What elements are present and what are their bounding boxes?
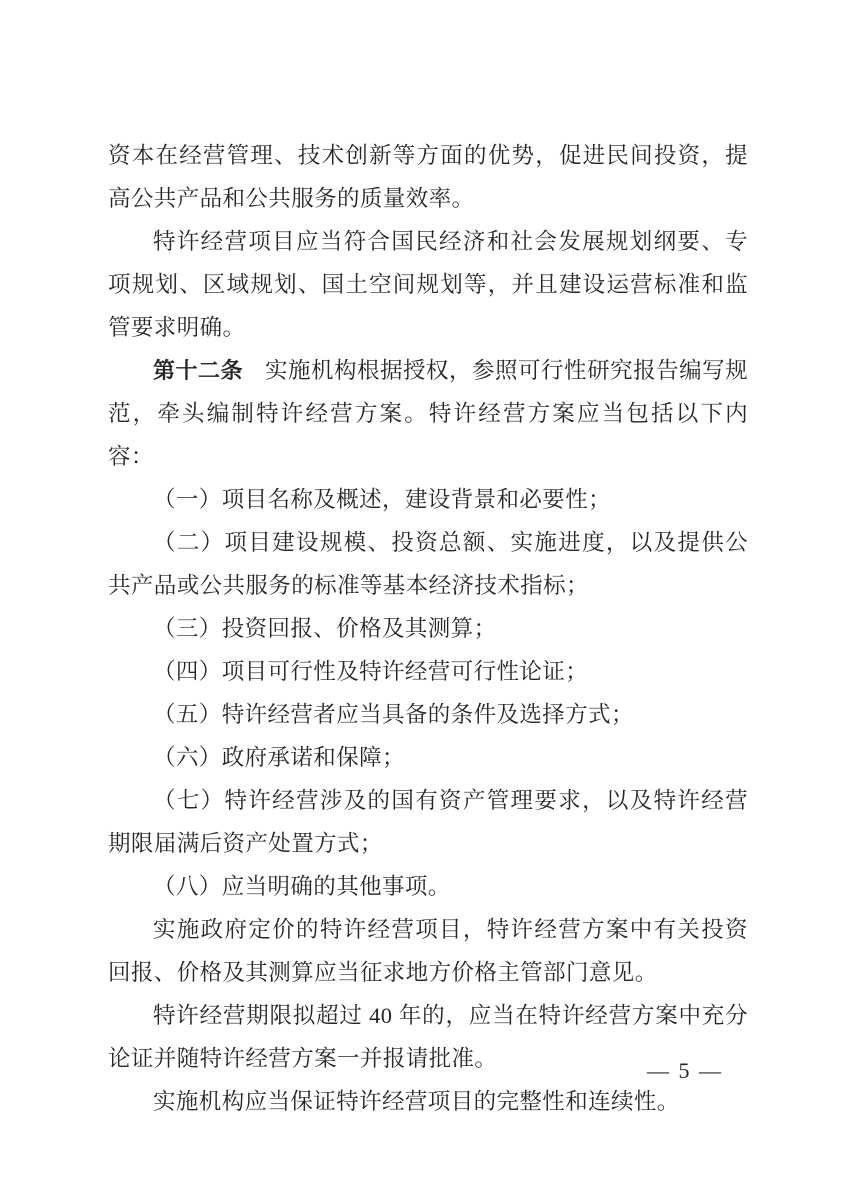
paragraph: 实施政府定价的特许经营项目，特许经营方案中有关投资回报、价格及其测算应当征求地方… bbox=[108, 908, 748, 994]
paragraph-text: （二）项目建设规模、投资总额、实施进度，以及提供公共产品或公共服务的标准等基本经… bbox=[108, 530, 748, 598]
paragraph-text: 资本在经营管理、技术创新等方面的优势，促进民间投资，提高公共产品和公共服务的质量… bbox=[108, 143, 748, 211]
paragraph-text: 特许经营项目应当符合国民经济和社会发展规划纲要、专项规划、区域规划、国土空间规划… bbox=[108, 229, 748, 340]
page-number: — 5 — bbox=[647, 1056, 723, 1086]
paragraph-text: 实施机构应当保证特许经营项目的完整性和连续性。 bbox=[153, 1089, 680, 1114]
document-page: 资本在经营管理、技术创新等方面的优势，促进民间投资，提高公共产品和公共服务的质量… bbox=[0, 0, 843, 1189]
paragraph: （五）特许经营者应当具备的条件及选择方式； bbox=[108, 693, 748, 736]
paragraph-text: （八）应当明确的其他事项。 bbox=[153, 874, 451, 899]
paragraph: （一）项目名称及概述，建设背景和必要性； bbox=[108, 478, 748, 521]
paragraph-text: （四）项目可行性及特许经营可行性论证； bbox=[153, 659, 588, 684]
document-body: 资本在经营管理、技术创新等方面的优势，促进民间投资，提高公共产品和公共服务的质量… bbox=[108, 134, 748, 1123]
paragraph-text: （五）特许经营者应当具备的条件及选择方式； bbox=[153, 702, 634, 727]
paragraph-text: （一）项目名称及概述，建设背景和必要性； bbox=[153, 487, 611, 512]
paragraph: 第十二条实施机构根据授权，参照可行性研究报告编写规范，牵头编制特许经营方案。特许… bbox=[108, 349, 748, 478]
paragraph: （二）项目建设规模、投资总额、实施进度，以及提供公共产品或公共服务的标准等基本经… bbox=[108, 521, 748, 607]
paragraph-text: 实施政府定价的特许经营项目，特许经营方案中有关投资回报、价格及其测算应当征求地方… bbox=[108, 917, 748, 985]
paragraph: （七）特许经营涉及的国有资产管理要求，以及特许经营期限届满后资产处置方式； bbox=[108, 779, 748, 865]
paragraph: 实施机构应当保证特许经营项目的完整性和连续性。 bbox=[108, 1080, 748, 1123]
paragraph: 特许经营项目应当符合国民经济和社会发展规划纲要、专项规划、区域规划、国土空间规划… bbox=[108, 220, 748, 349]
paragraph-text: （三）投资回报、价格及其测算； bbox=[153, 616, 497, 641]
article-number-label: 第十二条 bbox=[153, 358, 243, 383]
paragraph-text: （七）特许经营涉及的国有资产管理要求，以及特许经营期限届满后资产处置方式； bbox=[108, 788, 748, 856]
paragraph-text: （六）政府承诺和保障； bbox=[153, 745, 405, 770]
paragraph: 资本在经营管理、技术创新等方面的优势，促进民间投资，提高公共产品和公共服务的质量… bbox=[108, 134, 748, 220]
paragraph: （六）政府承诺和保障； bbox=[108, 736, 748, 779]
paragraph: （四）项目可行性及特许经营可行性论证； bbox=[108, 650, 748, 693]
paragraph: （八）应当明确的其他事项。 bbox=[108, 865, 748, 908]
paragraph: （三）投资回报、价格及其测算； bbox=[108, 607, 748, 650]
